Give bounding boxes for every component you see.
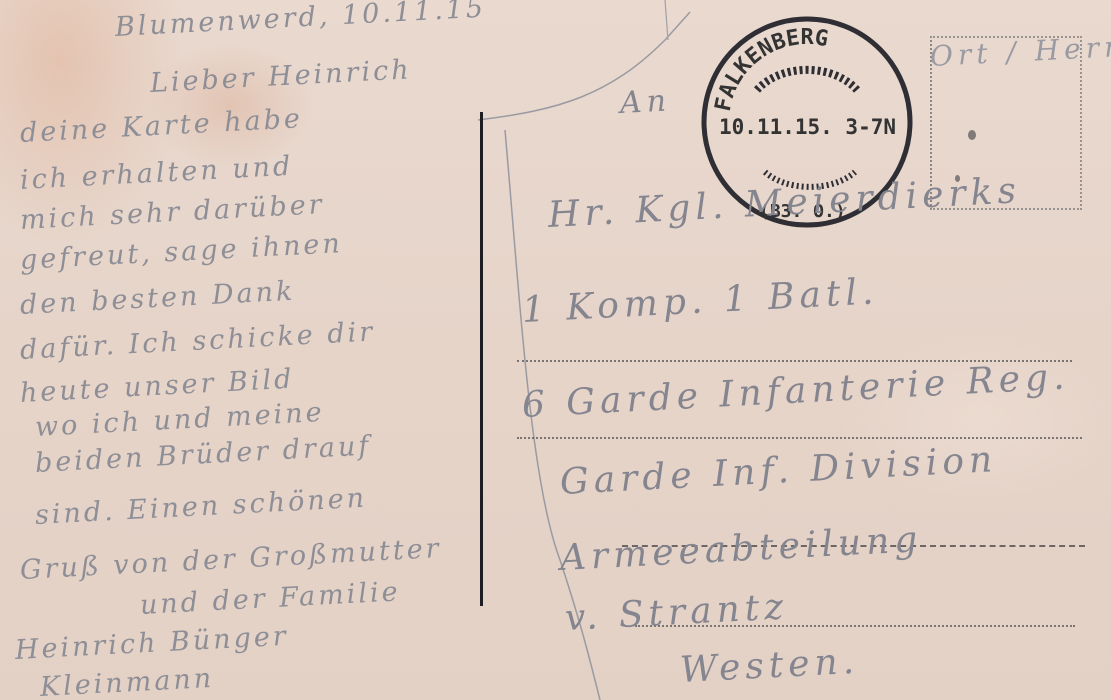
postcard-back: FALKENBERG 10.11.15. 3-7N (B3. O.) Blume… — [0, 0, 1111, 700]
address-line-2 — [517, 437, 1082, 439]
address-salutation: An — [619, 83, 672, 121]
ink-blot — [968, 130, 976, 140]
svg-text:10.11.15. 3-7N: 10.11.15. 3-7N — [719, 115, 896, 139]
ink-blot — [955, 175, 960, 182]
center-divider-line — [480, 112, 483, 606]
